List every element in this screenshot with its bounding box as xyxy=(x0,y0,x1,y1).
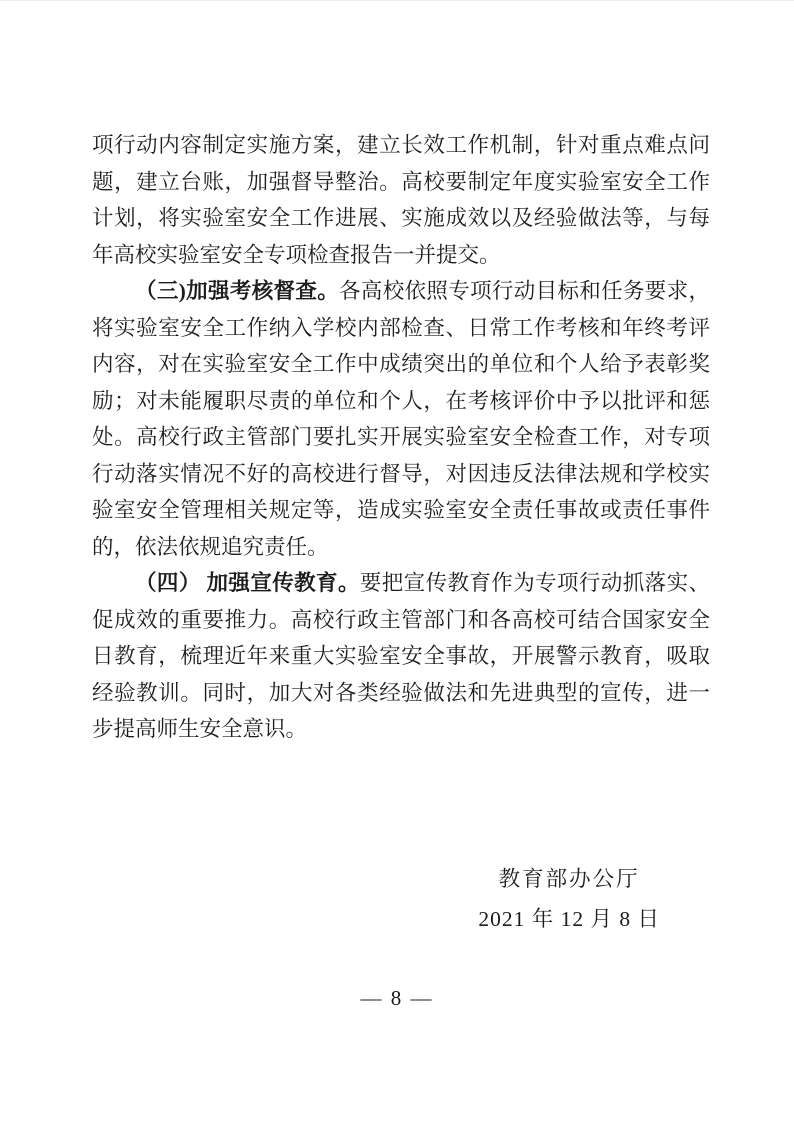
paragraph-text: 要把宣传教育作为专项行动抓落实、促成效的重要推力。高校行政主管部门和各高校可结合… xyxy=(92,571,710,741)
signature-date: 2021 年 12 月 8 日 xyxy=(478,899,660,939)
paragraph-lead: （四） 加强宣传教育。 xyxy=(135,571,360,595)
page-number: — 8 — xyxy=(361,986,434,1010)
signature-block: 教育部办公厅 2021 年 12 月 8 日 xyxy=(478,859,660,939)
document-body: 项行动内容制定实施方案，建立长效工作机制，针对重点难点问题，建立台账，加强督导整… xyxy=(92,127,710,748)
body-paragraph-section-3: （三)加强考核督查。各高校依照专项行动目标和任务要求，将实验室安全工作纳入学校内… xyxy=(92,273,710,565)
document-page: 项行动内容制定实施方案，建立长效工作机制，针对重点难点问题，建立台账，加强督导整… xyxy=(0,0,794,1123)
paragraph-text: 项行动内容制定实施方案，建立长效工作机制，针对重点难点问题，建立台账，加强督导整… xyxy=(92,133,710,267)
paragraph-text: 各高校依照专项行动目标和任务要求，将实验室安全工作纳入学校内部检查、日常工作考核… xyxy=(92,279,710,559)
signature-organization: 教育部办公厅 xyxy=(478,859,660,899)
paragraph-lead: （三)加强考核督查。 xyxy=(135,279,339,303)
body-paragraph-continuation: 项行动内容制定实施方案，建立长效工作机制，针对重点难点问题，建立台账，加强督导整… xyxy=(92,127,710,273)
page-footer: — 8 — xyxy=(0,986,794,1011)
body-paragraph-section-4: （四） 加强宣传教育。要把宣传教育作为专项行动抓落实、促成效的重要推力。高校行政… xyxy=(92,565,710,748)
